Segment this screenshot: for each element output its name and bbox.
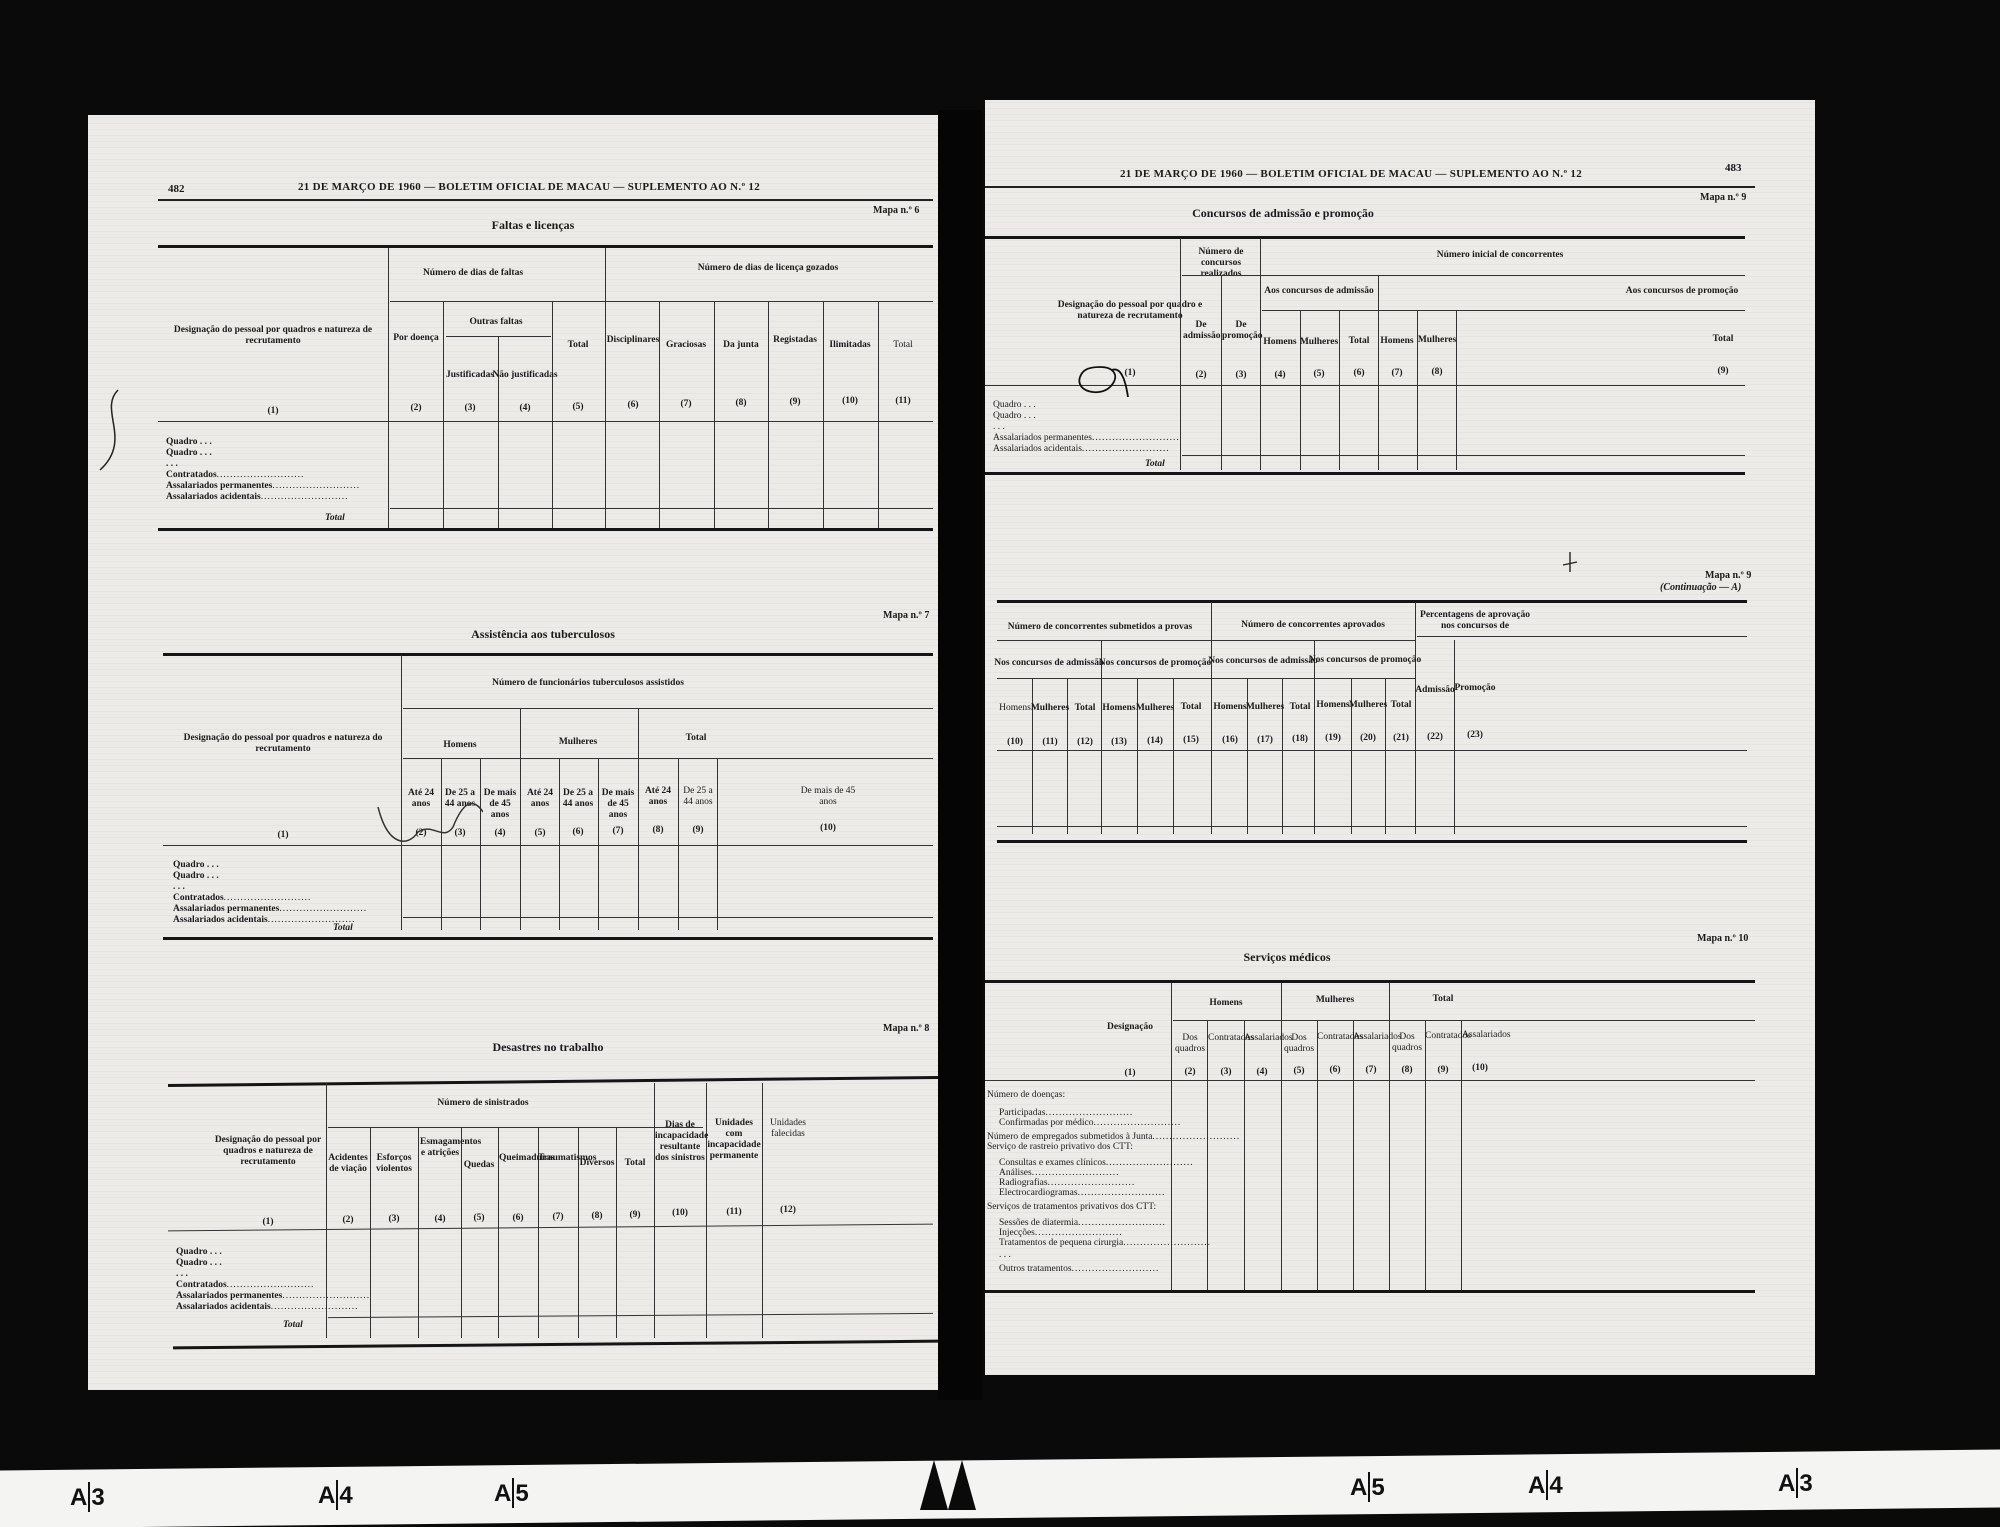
mapa-label: Mapa n.º 9 [1700,192,1746,203]
col-header: Homens [1263,337,1296,348]
service-row: Electrocardiogramas.....................… [999,1188,1165,1198]
age-col-header: Até 24 anos [521,788,559,810]
row-label: Quadro . . . [173,871,219,881]
col-header: Dias de incapacidade resultante dos sini… [655,1120,705,1164]
col-number: (9) [629,1210,640,1220]
col-header: Total [1290,702,1311,713]
col-number: (2) [342,1215,353,1225]
col-header: Unidades falecidas [764,1118,812,1140]
col-number: (4) [1256,1067,1267,1077]
col-header: Assalariados [1244,1033,1280,1044]
divider [717,758,718,930]
row-label: Quadro . . . [176,1247,222,1257]
header-rule [985,186,1755,188]
rule [1417,636,1747,637]
rule [163,653,933,656]
col-number: (9) [1437,1065,1448,1075]
rule [158,528,933,531]
pen-mark [1555,550,1585,580]
divider [1173,678,1174,834]
divider [762,1083,763,1338]
col-number: (4) [519,403,530,413]
service-row: Serviço de rastreio privativo dos CTT: [987,1142,1133,1152]
divider [616,1127,617,1338]
col-number: (10) [842,396,858,406]
group-header: Mulheres [1316,995,1354,1006]
col-number: (7) [1365,1065,1376,1075]
col-header: Total [568,340,589,351]
row-label: Assalariados acidentais.................… [176,1302,359,1312]
age-col-header: De 25 a 44 anos [559,788,597,810]
divider [1378,275,1379,470]
col-header: Traumatismos [538,1153,578,1164]
rule [403,758,933,759]
divider [552,301,553,528]
col-number: (5) [1313,369,1324,379]
col-number: (10) [672,1208,688,1218]
divider [1456,310,1457,470]
col-number: (7) [680,399,691,409]
total-label: Total [283,1320,303,1330]
table-title: Concursos de admissão e promoção [1192,206,1374,221]
col-header: Assalariados [1462,1030,1498,1041]
mapa-label: Mapa n.º 6 [873,205,919,216]
age-col-header: De mais de 45 anos [481,788,519,821]
film-frame-mark: A5 [1350,1472,1385,1502]
film-strip [0,1450,2000,1527]
rule [997,826,1747,827]
running-head-left: 21 DE MARÇO DE 1960 — BOLETIM OFICIAL DE… [298,181,760,193]
rule [168,1224,933,1232]
col-number: (2) [410,403,421,413]
col-header: Homens [1213,702,1246,713]
col-number: (5) [473,1213,484,1223]
col-header: De promoção [1222,320,1260,342]
col-number: (9) [692,825,703,835]
row-label: Assalariados permanentes................… [173,904,367,914]
group-header-faltas: Número de dias de faltas [423,268,523,279]
col-number: (11) [895,396,910,406]
divider [878,301,879,528]
divider [768,301,769,528]
col-number: (15) [1183,735,1199,745]
service-row: Outros tratamentos......................… [999,1264,1159,1274]
col-header-designacao: Designação [1107,1022,1153,1033]
col-number: (11) [1042,737,1057,747]
divider [520,708,521,930]
service-row: Consultas e exames clínicos.............… [999,1158,1194,1168]
row-label: Contratados.......................... [173,893,311,903]
col-header: Promoção [1455,683,1496,694]
film-frame-mark: A3 [70,1482,105,1512]
subgroup-header: Total [686,733,707,744]
rule [168,1076,938,1087]
col-number: (6) [1329,1065,1340,1075]
row-label: Assalariados permanentes................… [993,433,1180,443]
divider [1207,1020,1208,1291]
col-number: (22) [1427,732,1443,742]
col-number: (2) [1195,370,1206,380]
film-frame-mark: A5 [494,1478,529,1508]
divider [1137,678,1138,834]
rule [328,1127,703,1128]
col-header: Total [893,340,912,351]
col-header: Total [1713,334,1734,345]
divider [461,1127,462,1338]
rule [997,678,1415,679]
col-header: Dos quadros [1282,1033,1316,1055]
rule [403,917,933,918]
col-header-designacao: Designação do pessoal por quadros e natu… [183,733,383,755]
col-header: Acidentes de viação [328,1153,368,1175]
service-row: Número de doenças: [987,1090,1065,1100]
col-header: Queimaduras [499,1153,537,1164]
col-number: (1) [277,830,288,840]
col-number: (19) [1325,733,1341,743]
divider [1032,678,1033,834]
divider [1260,238,1261,470]
divider [1461,1020,1462,1291]
mapa-label: Mapa n.º 10 [1697,933,1748,944]
col-number: (12) [1077,737,1093,747]
rule [1182,455,1745,456]
page-number-right: 483 [1725,162,1742,174]
group-header-licencas: Número de dias de licença gozados [698,263,838,274]
divider [678,758,679,930]
group-header-submetidos: Número de concorrentes submetidos a prov… [1008,622,1192,633]
col-header: Ilimitadas [829,340,870,351]
rule [390,301,933,302]
col-number: (4) [434,1214,445,1224]
film-frame-mark: A3 [1778,1468,1813,1498]
divider [1101,640,1102,834]
row-label: Assalariados acidentais.................… [166,492,349,502]
sub-header-promocao: Aos concursos de promoção [1626,286,1739,297]
left-page: 482 21 DE MARÇO DE 1960 — BOLETIM OFICIA… [88,115,948,1390]
col-number: (9) [789,397,800,407]
divider [1180,238,1181,470]
col-number: (7) [1391,368,1402,378]
col-number: (8) [1401,1065,1412,1075]
col-number: (4) [1274,370,1285,380]
divider [418,1127,419,1338]
divider [823,301,824,528]
col-number: (11) [726,1207,741,1217]
col-number: (10) [820,823,836,833]
col-header: Mulheres [1246,702,1284,713]
rule [163,845,933,846]
col-number: (13) [1111,737,1127,747]
divider [1415,602,1416,834]
col-number: (3) [464,403,475,413]
col-header: Mulheres [1300,337,1338,348]
table-title: Faltas e licenças [492,218,575,233]
running-head-right: 21 DE MARÇO DE 1960 — BOLETIM OFICIAL DE… [1120,168,1582,180]
group-header: Total [1433,994,1454,1005]
col-header: Total [1391,700,1412,711]
col-number: (2) [1184,1067,1195,1077]
col-header: Esforços violentos [372,1153,416,1175]
divider [1425,1020,1426,1291]
col-number: (7) [552,1212,563,1222]
pen-mark-circle [1070,362,1150,402]
book-gutter [938,110,982,1400]
col-header: Mulheres [1418,335,1456,346]
col-header: Homens [1316,700,1349,711]
rule [390,508,933,509]
col-header: Não justificadas [492,370,557,381]
col-header: Dos quadros [1173,1033,1207,1055]
row-label: . . . [993,422,1005,432]
film-notch [920,1460,948,1510]
col-header: Justificadas [446,370,494,381]
sub-header-promocao: Nos concursos de promoção [1309,655,1422,666]
rule [985,1080,1755,1081]
total-label: Total [1145,459,1165,469]
rule [985,980,1755,983]
mapa-label: Mapa n.º 7 [883,610,929,621]
service-row: . . . [999,1250,1011,1260]
row-label: Quadro . . . [166,448,212,458]
col-number: (6) [627,400,638,410]
col-header: Homens [1102,703,1135,714]
col-header: Contratados [1425,1031,1461,1042]
rule [997,600,1747,603]
row-label: Contratados.......................... [166,470,304,480]
group-header: Homens [1209,998,1242,1009]
rule [997,640,1415,641]
col-number: (5) [1293,1066,1304,1076]
sub-header-admissao: Nos concursos de admissão [994,658,1104,669]
row-label: . . . [176,1269,188,1279]
film-frame-mark: A4 [318,1480,353,1510]
rule [163,937,933,940]
col-number: (6) [512,1213,523,1223]
mapa-label: Mapa n.º 8 [883,1023,929,1034]
service-row: Radiografias.......................... [999,1178,1135,1188]
divider [1317,1020,1318,1291]
rule [173,1340,938,1350]
total-label: Total [325,513,345,523]
row-label: Quadro . . . [176,1258,222,1268]
divider [1417,310,1418,470]
rule [1173,1020,1755,1021]
age-col-header: Até 24 anos [639,786,677,808]
col-header: Graciosas [666,340,706,351]
col-header: Por doença [393,333,438,344]
divider [1221,275,1222,470]
col-number: (23) [1467,730,1483,740]
divider [1300,310,1301,470]
row-label: Quadro . . . [166,437,212,447]
service-row: Tratamentos de pequena cirurgia.........… [999,1238,1211,1248]
divider [1067,678,1068,834]
age-col-header: De mais de 45 anos [599,788,637,821]
divider [1454,640,1455,834]
col-number: (1) [1124,1068,1135,1078]
col-header: Disciplinares [607,335,660,346]
mapa-label: Mapa n.º 9 [1705,570,1751,581]
col-header: Homens [1380,336,1413,347]
service-row: Análises.......................... [999,1168,1119,1178]
divider [1281,983,1282,1291]
rule [1262,310,1745,311]
row-label: Assalariados acidentais.................… [173,915,356,925]
sub-header-promocao: Nos concursos de promoção [1099,658,1212,669]
age-col-header: De mais de 45 anos [798,786,858,808]
col-header-designacao: Designação do pessoal por quadros e natu… [203,1135,333,1168]
col-header: Mulheres [1031,703,1069,714]
row-label: . . . [173,882,185,892]
divider [443,301,444,528]
col-header: Total [1349,336,1370,347]
divider [605,248,606,528]
col-header: Quedas [464,1160,495,1171]
group-header-aprovados: Número de concorrentes aprovados [1241,620,1385,631]
table-title: Serviços médicos [1244,950,1331,965]
col-header: Diversos [580,1158,615,1169]
col-header: Mulheres [1349,700,1387,711]
divider [714,301,715,528]
col-number: (12) [780,1205,796,1215]
divider [598,758,599,930]
col-header: Homens [999,703,1031,714]
table-title: Desastres no trabalho [492,1040,603,1055]
service-row: Participadas.......................... [999,1108,1133,1118]
col-header: Da junta [723,340,759,351]
group-header-inicial: Número inicial de concorrentes [1437,250,1564,261]
col-number: (9) [1717,366,1728,376]
col-number: (16) [1222,735,1238,745]
group-header-percent: Percentagens de aprovação nos concursos … [1418,610,1533,632]
col-number: (10) [1472,1063,1488,1073]
col-number: (4) [494,828,505,838]
col-header: De admissão [1183,320,1219,342]
col-header: Admissão [1415,685,1455,696]
row-label: Assalariados acidentais.................… [993,444,1170,454]
col-header: Contratados [1208,1033,1244,1044]
rule [1182,275,1745,276]
col-number: (7) [612,826,623,836]
rule [403,708,933,709]
row-label: Assalariados permanentes................… [166,481,360,491]
rule [997,750,1747,751]
film-notch [948,1460,976,1510]
col-header-designacao: Designação do pessoal por quadros e natu… [173,325,373,347]
col-header: Mulheres [1136,703,1174,714]
col-number: (20) [1360,733,1376,743]
group-header: Número de funcionários tuberculosos assi… [492,678,684,689]
row-label: Quadro . . . [993,411,1036,421]
col-header: Unidades com incapacidade permanente [707,1118,761,1162]
divider [1244,1020,1245,1291]
col-number: (3) [388,1214,399,1224]
divider [559,758,560,930]
divider [1389,983,1390,1291]
col-header-designacao: Designação do pessoal por quadro e natur… [1040,300,1220,322]
col-header: Assalariados [1353,1032,1389,1043]
col-number: (3) [1235,370,1246,380]
pen-mark [88,380,148,480]
table-title: Assistência aos tuberculosos [471,627,615,642]
col-header: Registadas [773,335,817,346]
row-label: Contratados.......................... [176,1280,314,1290]
rule [158,245,933,248]
total-label: Total [333,923,353,933]
col-number: (8) [1431,367,1442,377]
col-number: (21) [1393,733,1409,743]
service-row: Serviços de tratamentos privativos dos C… [987,1202,1156,1212]
col-number: (3) [1220,1067,1231,1077]
row-label: . . . [166,459,178,469]
col-header: Total [1181,702,1202,713]
divider [1211,602,1212,834]
row-label: Assalariados permanentes................… [176,1291,370,1301]
sub-header-admissao: Nos concursos de admissão [1208,656,1318,667]
age-col-header: De 25 a 44 anos [679,786,717,808]
continuation-label: (Continuação — A) [1660,582,1741,593]
divider [388,248,389,528]
row-label: Quadro . . . [173,860,219,870]
group-header: Número de sinistrados [437,1098,528,1109]
subgroup-header: Homens [443,740,476,751]
col-number: (8) [652,825,663,835]
col-number: (8) [735,398,746,408]
col-number: (10) [1007,737,1023,747]
col-header: Dos quadros [1390,1032,1424,1054]
divider [370,1127,371,1338]
col-number: (17) [1257,735,1273,745]
col-header: Total [625,1158,646,1169]
sub-header-admissao: Aos concursos de admissão [1264,286,1374,297]
col-header: Esmagamentos e atrições [420,1137,460,1159]
rule [985,236,1745,239]
service-row: Confirmadas por médico..................… [999,1118,1181,1128]
divider [498,336,499,528]
sub-header-outras: Outras faltas [469,317,522,328]
rule [985,1290,1755,1293]
service-row: Número de empregados submetidos à Junta.… [987,1132,1240,1142]
divider [1353,1020,1354,1291]
header-rule [158,199,933,201]
right-page: 21 DE MARÇO DE 1960 — BOLETIM OFICIAL DE… [985,100,1815,1375]
col-header: Total [1075,703,1096,714]
service-row: Injecções.......................... [999,1228,1123,1238]
divider [1314,640,1315,834]
col-number: (6) [572,827,583,837]
pen-mark [373,797,483,852]
row-label: Quadro . . . [993,400,1036,410]
divider [1339,310,1340,470]
col-number: (6) [1353,368,1364,378]
rule [158,421,933,422]
divider [638,708,639,930]
film-frame-mark: A4 [1528,1470,1563,1500]
service-row: Sessões de diatermia....................… [999,1218,1166,1228]
col-header: Contratados [1317,1032,1353,1043]
col-number: (1) [262,1217,273,1227]
subgroup-header: Mulheres [559,737,597,748]
col-number: (18) [1292,734,1308,744]
rule [985,472,1745,475]
col-number: (5) [534,828,545,838]
page-number-left: 482 [168,183,185,195]
col-number: (14) [1147,736,1163,746]
col-number: (1) [267,406,278,416]
col-number: (5) [572,402,583,412]
col-number: (8) [591,1211,602,1221]
rule [997,840,1747,843]
